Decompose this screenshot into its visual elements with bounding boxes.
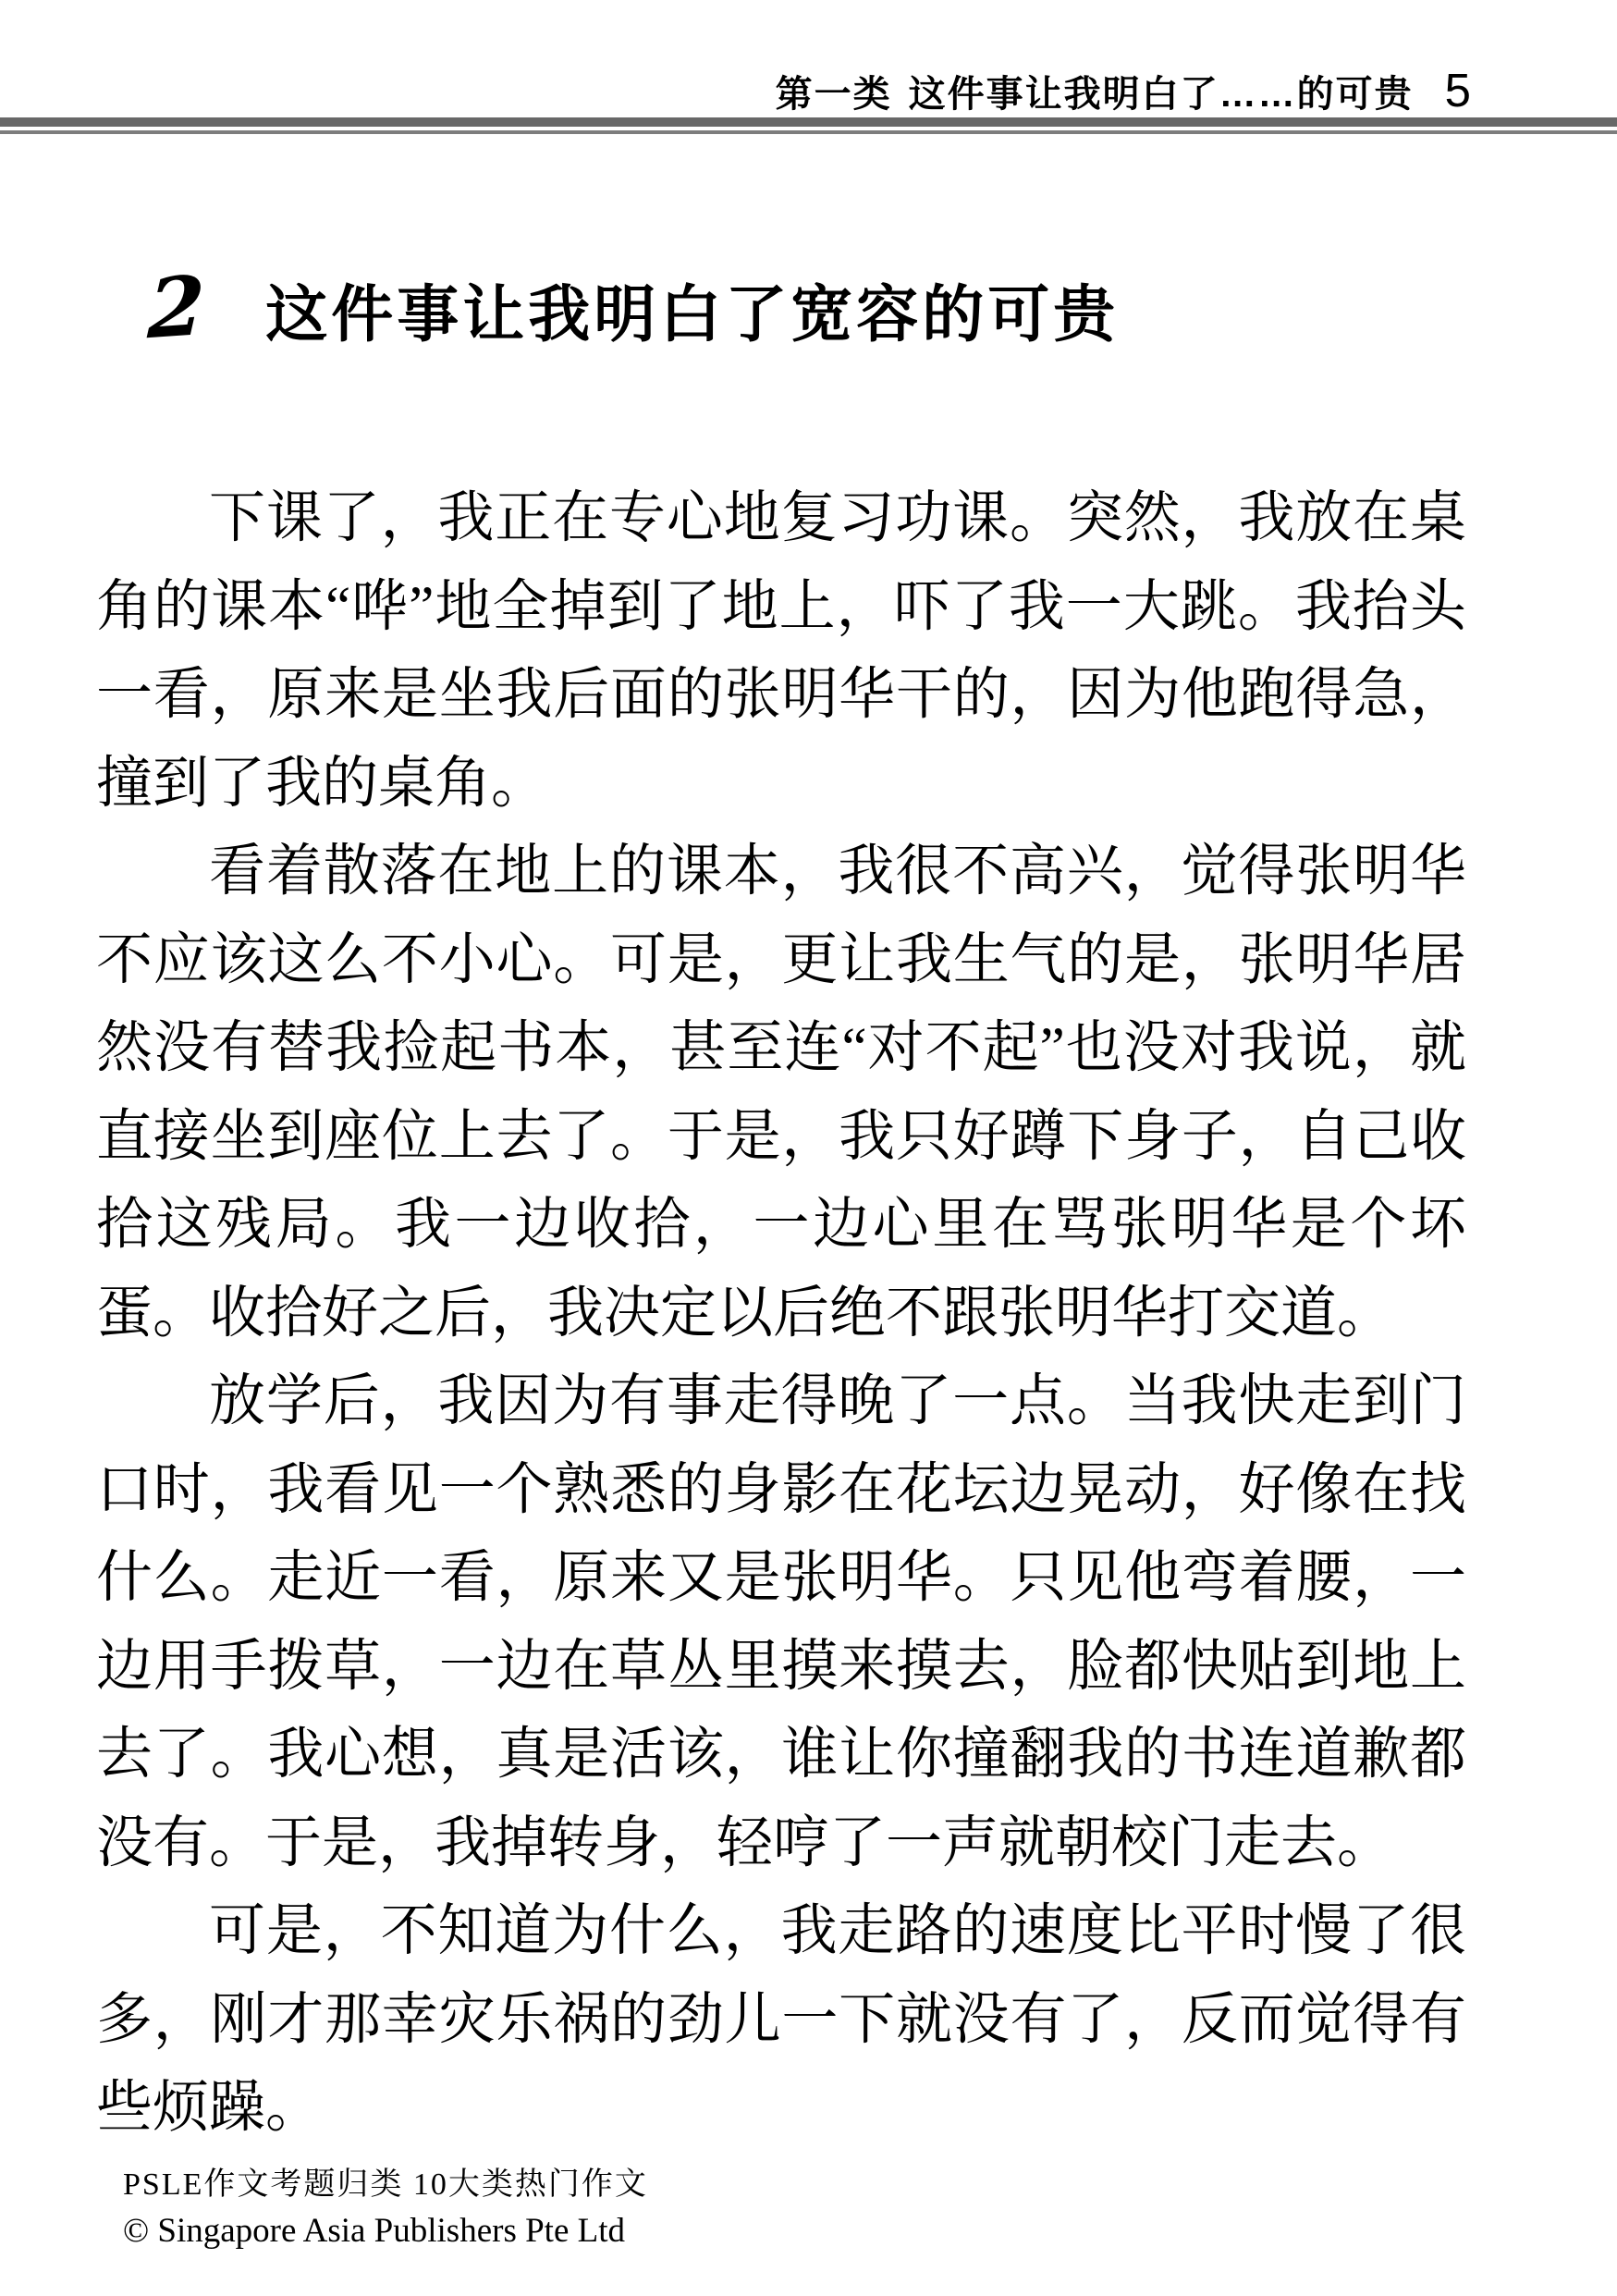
running-head-section-label: 第一类 [776,65,892,117]
book-page: 第一类 这件事让我明白了……的可贵 5 2 这件事让我明白了宽容的可贵 下课了，… [0,0,1617,2296]
running-head-chapter-title: 这件事让我明白了……的可贵 [909,65,1414,117]
essay-body: 下课了，我正在专心地复习功课。突然，我放在桌角的课本“哗”地全掉到了地上，吓了我… [96,474,1466,2153]
essay-paragraph-1: 下课了，我正在专心地复习功课。突然，我放在桌角的课本“哗”地全掉到了地上，吓了我… [96,474,1466,828]
chapter-number: 2 [147,264,206,350]
essay-paragraph-4: 可是，不知道为什么，我走路的速度比平时慢了很多，刚才那幸灾乐祸的劲儿一下就没有了… [96,1887,1466,2153]
page-footer: PSLE作文考题归类 10大类热门作文 © Singapore Asia Pub… [123,2162,648,2254]
header-rule-thick [0,117,1617,127]
footer-series-title: PSLE作文考题归类 10大类热门作文 [123,2162,648,2208]
chapter-title: 2 这件事让我明白了宽容的可贵 [148,266,1119,348]
essay-paragraph-3: 放学后，我因为有事走得晚了一点。当我快走到门口时，我看见一个熟悉的身影在花坛边晃… [96,1357,1466,1887]
running-head: 第一类 这件事让我明白了……的可贵 5 [776,63,1471,117]
page-number: 5 [1445,63,1471,117]
chapter-title-text: 这件事让我明白了宽容的可贵 [265,284,1119,346]
header-rule-thin [0,130,1617,134]
essay-paragraph-2: 看着散落在地上的课本，我很不高兴，觉得张明华不应该这么不小心。可是，更让我生气的… [96,828,1466,1357]
footer-copyright: © Singapore Asia Publishers Pte Ltd [123,2208,648,2254]
